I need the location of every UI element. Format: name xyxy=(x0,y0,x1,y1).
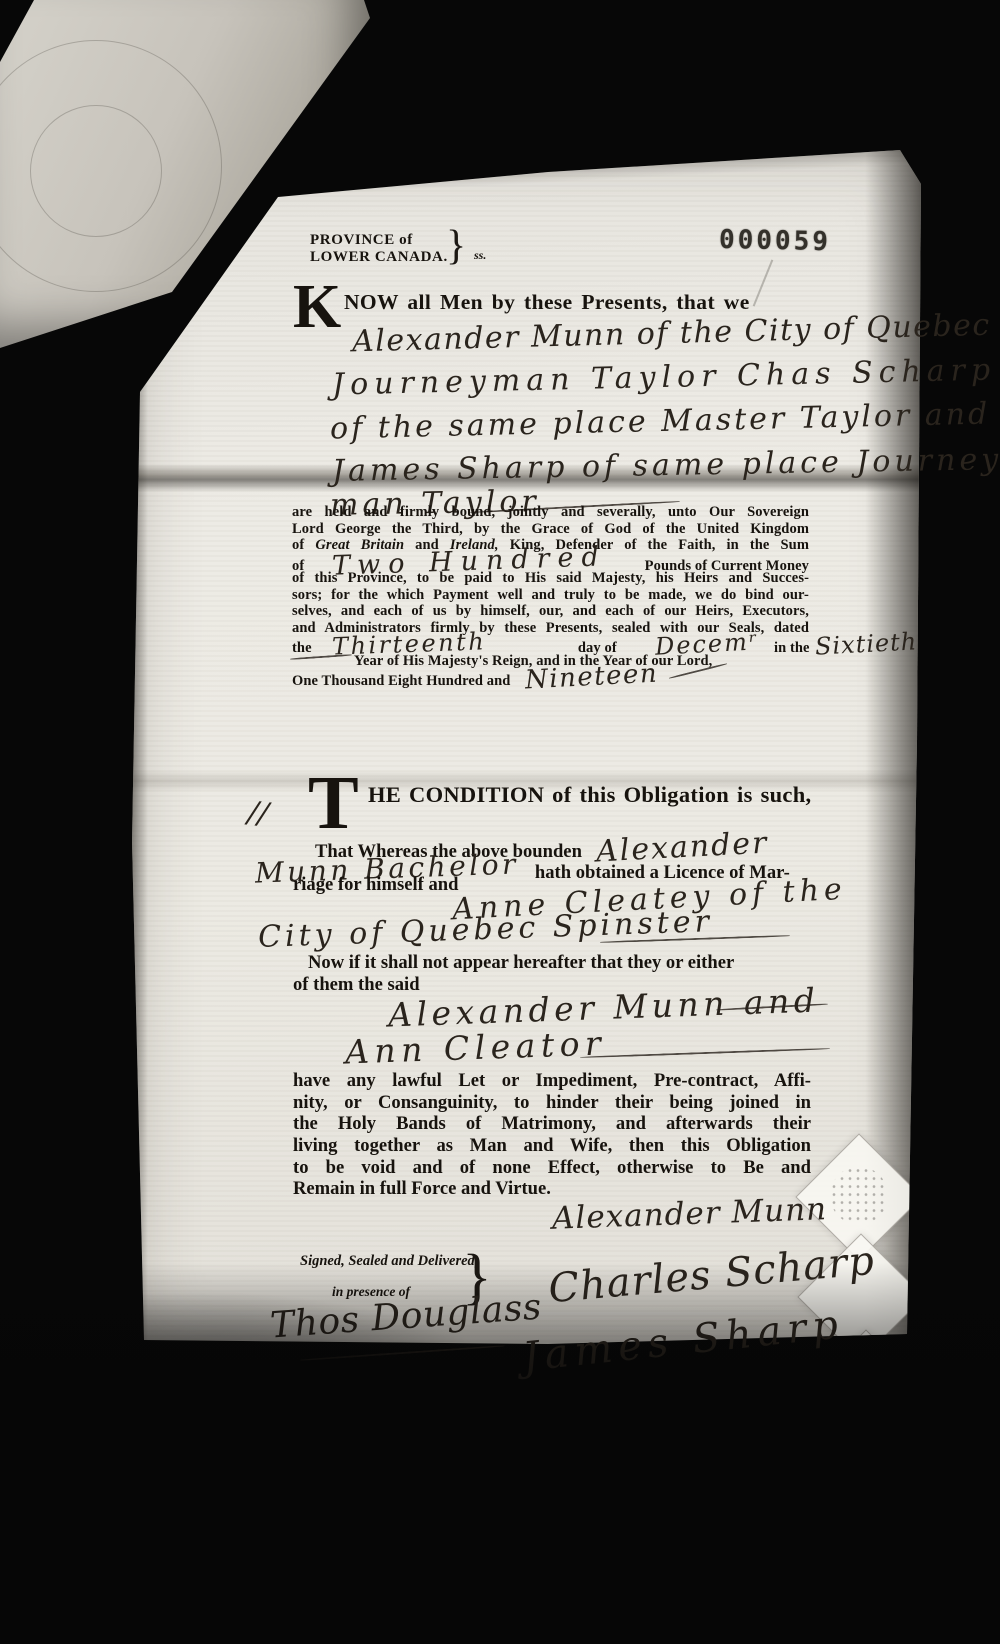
serial-number-stamp: 000059 xyxy=(719,225,832,257)
flourish-after-couple2 xyxy=(580,1048,830,1059)
province-line1: PROVINCE of xyxy=(310,232,448,249)
province-caption: PROVINCE of LOWER CANADA. xyxy=(310,232,448,265)
handwritten-party-line1: Alexander Munn of the City of Quebec xyxy=(352,308,991,360)
signature-surety2: James Sharp xyxy=(520,1301,846,1380)
handwritten-sum: Two Hundred xyxy=(332,549,607,575)
signature-surety1: Charles Scharp xyxy=(547,1238,877,1312)
witness-underline-flourish xyxy=(300,1345,505,1361)
dropcap-K: K xyxy=(293,282,341,333)
text-layer: PROVINCE of LOWER CANADA. } ss. 000059 K… xyxy=(0,0,1000,1644)
handwritten-day: Thirteenth xyxy=(331,633,486,655)
condition-line: nity, or Consanguinity, to hinder their … xyxy=(293,1092,811,1114)
condition-line: to be void and of none Effect, otherwise… xyxy=(293,1157,811,1179)
handwritten-reign-year: Sixtieth xyxy=(814,633,917,655)
condition-final-paragraph: have any lawful Let or Impediment, Pre-c… xyxy=(293,1070,811,1200)
dropcap-T: T xyxy=(308,772,359,834)
whereas-line3: riage for himself and xyxy=(293,874,458,896)
handwritten-year: Nineteen xyxy=(525,666,659,689)
know-heading: NOW all Men by these Presents, that we xyxy=(344,290,750,315)
bond-line: sors; for the which Payment well and tru… xyxy=(292,587,809,604)
province-line2: LOWER CANADA. xyxy=(310,249,448,266)
handwritten-couple-line2: Ann Cleator xyxy=(344,1023,606,1071)
condition-heading: HE CONDITION of this Obligation is such, xyxy=(368,782,811,808)
scanned-marriage-bond-page: PROVINCE of LOWER CANADA. } ss. 000059 K… xyxy=(0,0,1000,1644)
handwritten-month: Decemʳ xyxy=(654,633,759,655)
now-line2: of them the said xyxy=(293,974,420,996)
bond-line-sum: of Two Hundred Pounds of Current Money xyxy=(292,554,809,571)
attestation-line1: Signed, Sealed and Delivered, xyxy=(300,1253,478,1270)
condition-line: living together as Man and Wife, then th… xyxy=(293,1135,811,1157)
bond-line: Lord George the Third, by the Grace of G… xyxy=(292,521,809,538)
ss-abbreviation: ss. xyxy=(474,248,486,263)
handwritten-party-line2: Journeyman Taylor Chas Scharp xyxy=(332,352,997,402)
condition-line: have any lawful Let or Impediment, Pre-c… xyxy=(293,1070,811,1092)
now-line1: Now if it shall not appear hereafter tha… xyxy=(308,952,734,974)
signature-witness: Thos Douglass xyxy=(269,1287,543,1347)
condition-line: the Holy Bands of Matrimony, and afterwa… xyxy=(293,1113,811,1135)
handwritten-party-line3: of the same place Master Taylor and xyxy=(330,397,991,447)
margin-mark: // xyxy=(246,795,270,832)
header-brace: } xyxy=(446,222,466,270)
bond-line: selves, and each of us by himself, our, … xyxy=(292,603,809,620)
bond-line-year: One Thousand Eight Hundred and Nineteen xyxy=(292,669,809,686)
handwritten-bride-line2: City of Quebec Spinster xyxy=(258,904,714,955)
bond-paragraph: are held and firmly bound, jointly and s… xyxy=(292,504,809,686)
bond-line: are held and firmly bound, jointly and s… xyxy=(292,504,809,521)
bond-line-date: the Thirteenth day of Decemʳ in the Sixt… xyxy=(292,636,809,653)
handwritten-party-line4: James Sharp of same place Journey xyxy=(332,442,1000,489)
